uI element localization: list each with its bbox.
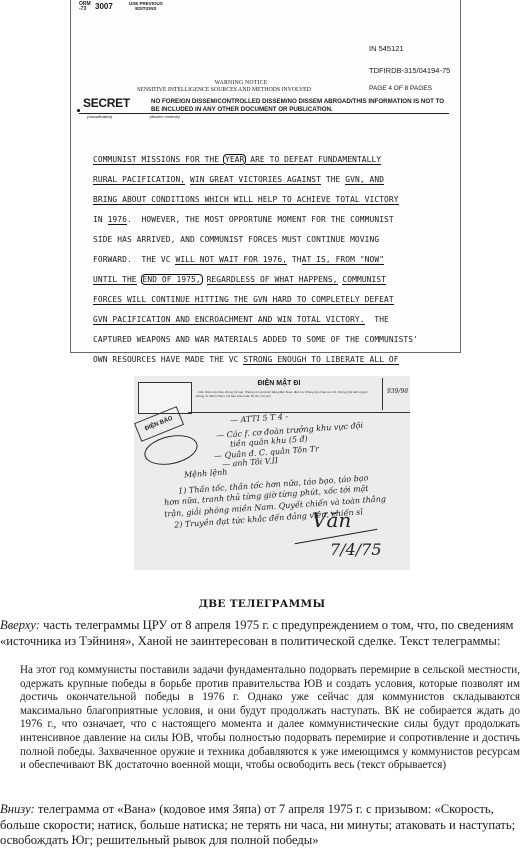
classification-label: (classification) — [87, 114, 112, 119]
caption-top-text: часть телеграммы ЦРУ от 8 апреля 1975 г.… — [0, 618, 513, 648]
bullet-dot — [77, 109, 80, 112]
classification: SECRET — [83, 96, 130, 110]
cable-line: UNTIL THE END OF 1975, REGARDLESS OF WHA… — [93, 270, 453, 290]
dissem-controls: NO FOREIGN DISSEM/CONTROLLED DISSEM/NO D… — [151, 98, 451, 113]
cable-line: SIDE HAS ARRIVED, AND COMMUNIST FORCES M… — [93, 230, 453, 250]
cable-line: GVN PACIFICATION AND ENCROACHMENT AND WI… — [93, 310, 453, 330]
handwritten-line: — ATTI 5 T 4 - — [230, 412, 289, 425]
handwritten-line: Mệnh lệnh — [184, 467, 228, 479]
tdfir-number: TDFIRDB-315/04194-75 — [369, 66, 450, 75]
cable-line: COMMUNIST MISSIONS FOR THE YEAR ARE TO D… — [93, 150, 453, 170]
header-box-right: 939/98 — [382, 378, 410, 410]
classification-labels: (classification) (dissem controls) — [79, 113, 449, 119]
cable-line: OWN RESOURCES HAVE MADE THE VC STRONG EN… — [93, 350, 453, 370]
caption-title: ДВЕ ТЕЛЕГРАММЫ — [0, 598, 524, 610]
header-fine-print: ...Cần nhắn trực tiếp, không bỏ ngỏ. Khô… — [196, 390, 376, 398]
warning-subtitle: SENSITIVE INTELLIGENCE SOURCES AND METHO… — [79, 87, 369, 93]
header-box-left — [138, 382, 192, 414]
form-label: ORM -73 — [79, 2, 91, 12]
telegram-date: 7/4/75 — [330, 540, 382, 559]
caption-bottom: Внизу: телеграмма от «Вана» (кодовое имя… — [0, 802, 524, 849]
vietnamese-telegram-image: ĐIỆN MẬT ĐI ...Cần nhắn trực tiếp, không… — [134, 376, 410, 570]
header-rule — [188, 412, 410, 413]
telegram-translation-quote: На этот год коммунисты поставили задачи … — [20, 664, 520, 773]
telegram-header-title: ĐIỆN MẬT ĐI — [204, 380, 354, 387]
in-number: IN 545121 — [369, 44, 404, 53]
page-info: PAGE 4 OF 8 PAGES — [369, 85, 432, 92]
form-number: 3007 — [95, 2, 113, 11]
caption-top: Вверху: часть телеграммы ЦРУ от 8 апреля… — [0, 618, 524, 649]
cable-line: BRING ABOUT CONDITIONS WHICH WILL HELP T… — [93, 190, 453, 210]
warning-title: WARNING NOTICE — [151, 80, 331, 86]
caption-bottom-text: телеграмма от «Вана» (кодовое имя Зяпа) … — [0, 802, 515, 847]
signature: Văn — [312, 508, 351, 532]
cable-line: FORCES WILL CONTINUE HITTING THE GVN HAR… — [93, 290, 453, 310]
telegram-number: 939/98 — [387, 388, 408, 395]
dissem-label: (dissem controls) — [149, 114, 179, 119]
cia-cable-image: ORM -73 3007 USE PREVIOUS EDITIONS IN 54… — [70, 0, 461, 353]
use-previous-editions: USE PREVIOUS EDITIONS — [129, 1, 163, 11]
cable-line: FORWARD. THE VC WILL NOT WAIT FOR 1976, … — [93, 250, 453, 270]
caption-top-label: Вверху: — [0, 618, 40, 632]
cable-line: CAPTURED WEAPONS AND WAR MATERIALS ADDED… — [93, 330, 453, 350]
caption-bottom-label: Внизу: — [0, 802, 35, 816]
cable-line: IN 1976. HOWEVER, THE MOST OPPORTUNE MOM… — [93, 210, 453, 230]
cable-body: COMMUNIST MISSIONS FOR THE YEAR ARE TO D… — [93, 150, 453, 370]
cable-line: RURAL PACIFICATION, WIN GREAT VICTORIES … — [93, 170, 453, 190]
